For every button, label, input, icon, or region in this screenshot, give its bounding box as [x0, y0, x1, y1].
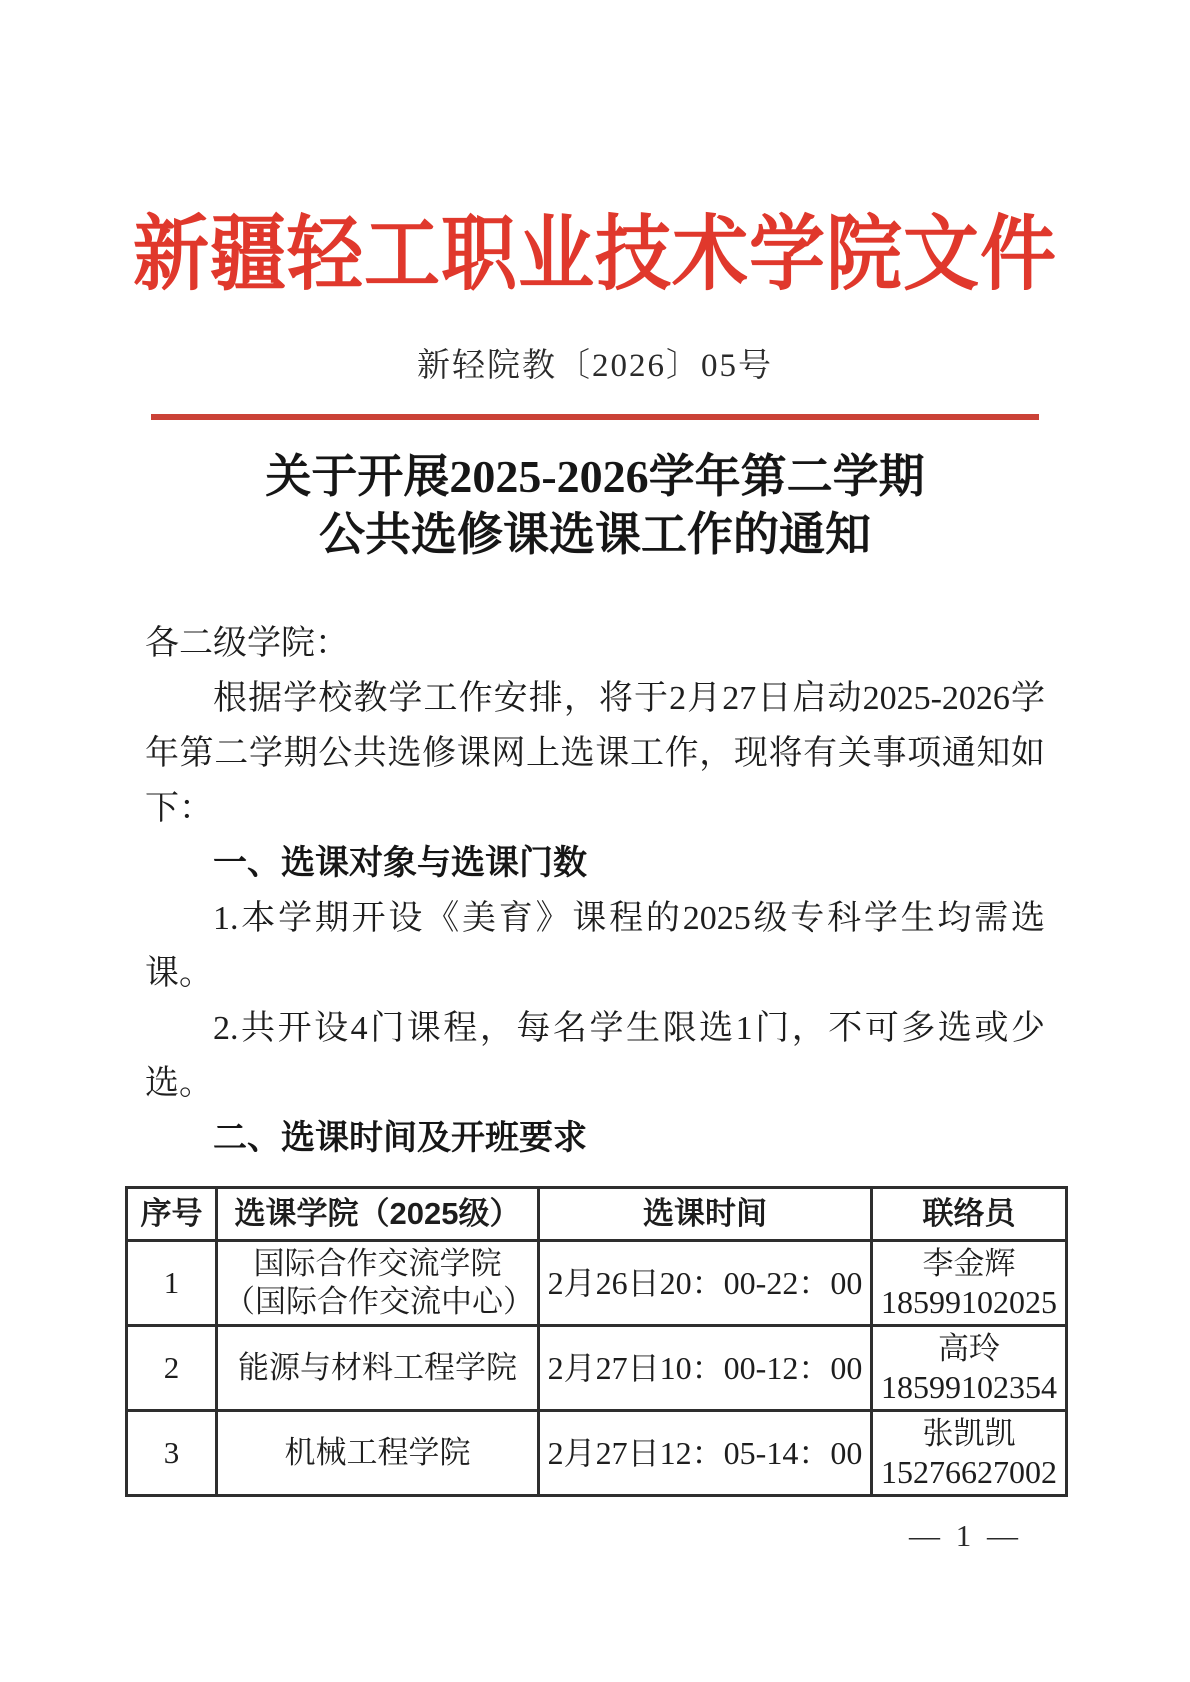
cell-time: 2月26日20：00-22：00	[539, 1241, 872, 1326]
cell-no: 1	[127, 1241, 217, 1326]
doc-number: 新轻院教〔2026〕05号	[0, 339, 1190, 386]
contact-name: 李金辉	[879, 1245, 1059, 1283]
col-header-contact: 联络员	[872, 1188, 1067, 1241]
intro-paragraph: 根据学校教学工作安排，将于2月27日启动2025-2026学年第二学期公共选修课…	[145, 671, 1045, 836]
cell-contact: 李金辉 18599102025	[872, 1241, 1067, 1326]
cell-college: 能源与材料工程学院	[217, 1326, 539, 1411]
document-title-line2: 公共选修课选课工作的通知	[0, 506, 1190, 564]
red-divider-line	[151, 414, 1039, 420]
table-row: 1 国际合作交流学院（国际合作交流中心） 2月26日20：00-22：00 李金…	[127, 1241, 1067, 1326]
cell-college: 机械工程学院	[217, 1411, 539, 1496]
col-header-college: 选课学院（2025级）	[217, 1188, 539, 1241]
cell-college: 国际合作交流学院（国际合作交流中心）	[217, 1241, 539, 1326]
cell-no: 3	[127, 1411, 217, 1496]
col-header-time: 选课时间	[539, 1188, 872, 1241]
cell-time: 2月27日12：05-14：00	[539, 1411, 872, 1496]
table-row: 3 机械工程学院 2月27日12：05-14：00 张凯凯 1527662700…	[127, 1411, 1067, 1496]
salutation: 各二级学院：	[145, 616, 1045, 671]
cell-no: 2	[127, 1326, 217, 1411]
contact-name: 张凯凯	[879, 1415, 1059, 1453]
cell-contact: 高玲 18599102354	[872, 1326, 1067, 1411]
letterhead-title: 新疆轻工职业技术学院文件	[0, 209, 1190, 303]
document-page: 新疆轻工职业技术学院文件 新轻院教〔2026〕05号 关于开展2025-2026…	[0, 0, 1190, 1682]
cell-time: 2月27日10：00-12：00	[539, 1326, 872, 1411]
item-2: 2.共开设4门课程，每名学生限选1门，不可多选或少选。	[145, 1001, 1045, 1111]
table-header-row: 序号 选课学院（2025级） 选课时间 联络员	[127, 1188, 1067, 1241]
col-header-no: 序号	[127, 1188, 217, 1241]
item-1: 1.本学期开设《美育》课程的2025级专科学生均需选课。	[145, 891, 1045, 1001]
document-title-line1: 关于开展2025-2026学年第二学期	[0, 448, 1190, 506]
contact-phone: 18599102354	[879, 1368, 1059, 1406]
page-number: — 1 —	[909, 1518, 1022, 1554]
contact-phone: 15276627002	[879, 1453, 1059, 1491]
document-body: 各二级学院： 根据学校教学工作安排，将于2月27日启动2025-2026学年第二…	[145, 616, 1045, 1497]
section-1-heading: 一、选课对象与选课门数	[145, 836, 1045, 891]
contact-name: 高玲	[879, 1330, 1059, 1368]
course-selection-table: 序号 选课学院（2025级） 选课时间 联络员 1 国际合作交流学院（国际合作交…	[125, 1186, 1068, 1497]
section-2-heading: 二、选课时间及开班要求	[145, 1111, 1045, 1166]
document-title: 关于开展2025-2026学年第二学期 公共选修课选课工作的通知	[0, 448, 1190, 564]
cell-contact: 张凯凯 15276627002	[872, 1411, 1067, 1496]
table-row: 2 能源与材料工程学院 2月27日10：00-12：00 高玲 18599102…	[127, 1326, 1067, 1411]
contact-phone: 18599102025	[879, 1283, 1059, 1321]
